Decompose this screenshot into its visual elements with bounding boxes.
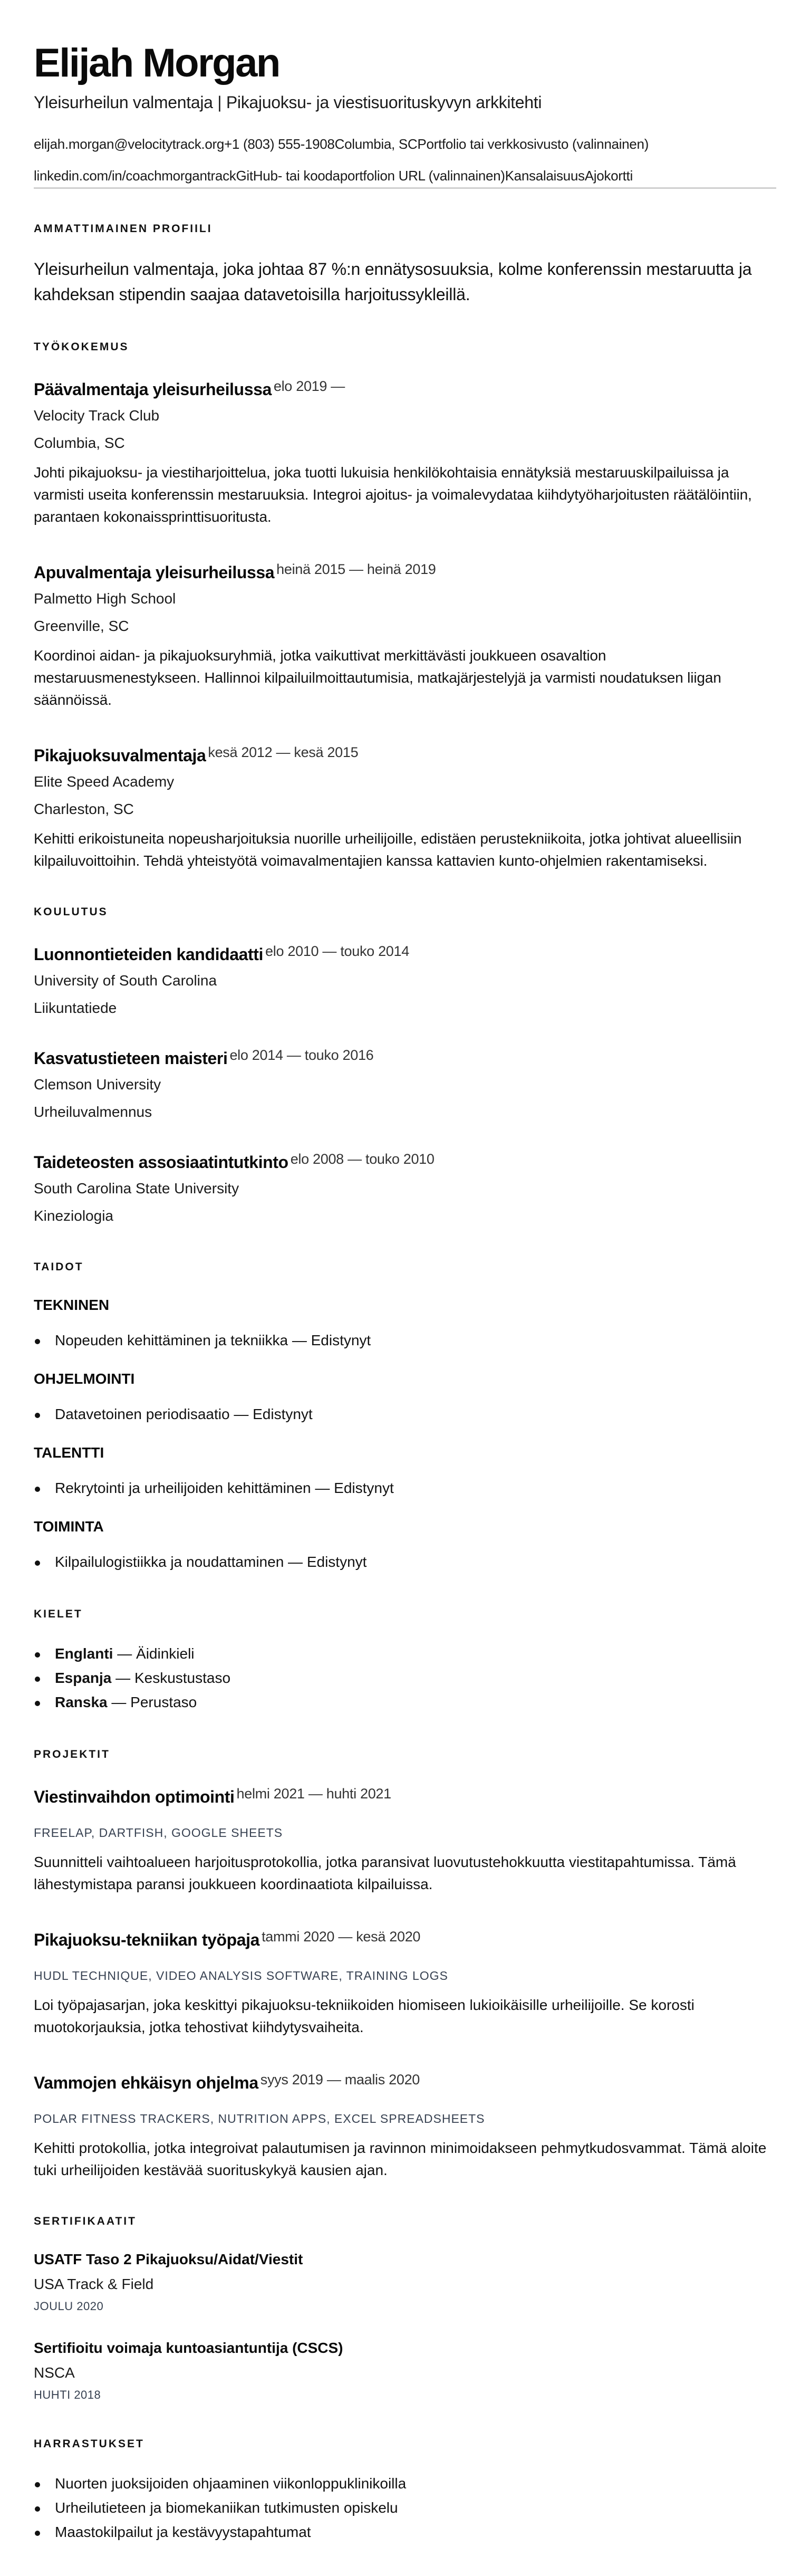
header-divider <box>34 187 776 189</box>
experience-entry-header: Apuvalmentaja yleisurheilussaheinä 2015 … <box>34 558 776 588</box>
hobby-item: Maastokilpailut ja kestävyystapahtumat <box>34 2520 776 2544</box>
certification-issuer: NSCA <box>34 2362 776 2384</box>
job-dates: kesä 2012 — kesä 2015 <box>208 744 358 760</box>
experience-entry-header: Päävalmentaja yleisurheilussaelo 2019 — <box>34 375 776 405</box>
certification-date: HUHTI 2018 <box>34 2386 776 2404</box>
project-entry-header: Vammojen ehkäisyn ohjelmasyys 2019 — maa… <box>34 2068 776 2098</box>
education-entry: Kasvatustieteen maisterielo 2014 — touko… <box>34 1043 776 1123</box>
project-description: Kehitti protokollia, jotka integroivat p… <box>34 2137 776 2181</box>
resume-page: Elijah Morgan Yleisurheilun valmentaja |… <box>0 0 810 2576</box>
skill-group: TALENTTIRekrytointi ja urheilijoiden keh… <box>34 1442 776 1500</box>
education-entry: Luonnontieteiden kandidaattielo 2010 — t… <box>34 940 776 1019</box>
skill-item: Kilpailulogistiikka ja noudattaminen — E… <box>34 1550 776 1574</box>
school-name: Clemson University <box>34 1074 776 1096</box>
language-name: Englanti <box>55 1645 113 1662</box>
skill-item: Datavetoinen periodisaatio — Edistynyt <box>34 1402 776 1426</box>
job-title: Päävalmentaja yleisurheilussa <box>34 380 272 399</box>
skill-category: TEKNINEN <box>34 1295 776 1316</box>
section-title-profile: Ammattimainen profiili <box>34 223 776 235</box>
language-name: Espanja <box>55 1670 111 1686</box>
projects-list: Viestinvaihdon optimointihelmi 2021 — hu… <box>34 1782 776 2181</box>
skill-category: TOIMINTA <box>34 1516 776 1537</box>
hobby-item: Nuorten juoksijoiden ohjaaminen viikonlo… <box>34 2472 776 2496</box>
contact-location: Columbia, SC <box>335 136 418 152</box>
section-languages: Kielet Englanti — ÄidinkieliEspanja — Ke… <box>34 1608 776 1715</box>
language-item: Espanja — Keskustustaso <box>34 1666 776 1690</box>
project-dates: syys 2019 — maalis 2020 <box>261 2072 420 2087</box>
profile-summary: Yleisurheilun valmentaja, joka johtaa 87… <box>34 256 776 307</box>
project-technologies: Polar Fitness Trackers, Nutrition Apps, … <box>34 2110 776 2128</box>
section-title-education: Koulutus <box>34 906 776 918</box>
job-location: Charleston, SC <box>34 798 776 820</box>
employer-name: Palmetto High School <box>34 588 776 610</box>
experience-entry-header: Pikajuoksuvalmentajakesä 2012 — kesä 201… <box>34 741 776 771</box>
contact-drivers-license: Ajokortti <box>585 168 633 184</box>
job-title: Apuvalmentaja yleisurheilussa <box>34 563 274 582</box>
education-dates: elo 2010 — touko 2014 <box>265 943 409 959</box>
certification-name: Sertifioitu voimaja kuntoasiantuntija (C… <box>34 2338 776 2359</box>
education-entry-header: Taideteosten assosiaatintutkintoelo 2008… <box>34 1147 776 1177</box>
certification-entry: USATF Taso 2 Pikajuoksu/Aidat/ViestitUSA… <box>34 2249 776 2315</box>
job-dates: elo 2019 — <box>274 378 345 394</box>
section-experience: Työkokemus Päävalmentaja yleisurheilussa… <box>34 341 776 872</box>
job-description: Johti pikajuoksu- ja viestiharjoittelua,… <box>34 462 776 528</box>
certifications-list: USATF Taso 2 Pikajuoksu/Aidat/ViestitUSA… <box>34 2249 776 2404</box>
section-title-experience: Työkokemus <box>34 341 776 353</box>
skill-items: Rekrytointi ja urheilijoiden kehittämine… <box>34 1476 776 1500</box>
employer-name: Elite Speed Academy <box>34 771 776 793</box>
contact-email[interactable]: elijah.morgan@velocitytrack.org <box>34 136 224 152</box>
skill-items: Nopeuden kehittäminen ja tekniikka — Edi… <box>34 1328 776 1353</box>
job-description: Kehitti erikoistuneita nopeusharjoituksi… <box>34 828 776 872</box>
section-profile: Ammattimainen profiili Yleisurheilun val… <box>34 223 776 307</box>
certification-name: USATF Taso 2 Pikajuoksu/Aidat/Viestit <box>34 2249 776 2270</box>
project-name: Vammojen ehkäisyn ohjelma <box>34 2073 258 2092</box>
project-name: Viestinvaihdon optimointi <box>34 1787 235 1806</box>
project-technologies: Hudl Technique, Video Analysis Software,… <box>34 1967 776 1985</box>
contact-phone[interactable]: +1 (803) 555-1908 <box>224 136 335 152</box>
project-name: Pikajuoksu-tekniikan työpaja <box>34 1930 259 1949</box>
project-entry: Pikajuoksu-tekniikan työpajatammi 2020 —… <box>34 1925 776 2038</box>
skill-category: TALENTTI <box>34 1442 776 1463</box>
skill-group: TOIMINTAKilpailulogistiikka ja noudattam… <box>34 1516 776 1574</box>
language-name: Ranska <box>55 1694 108 1710</box>
project-entry-header: Pikajuoksu-tekniikan työpajatammi 2020 —… <box>34 1925 776 1955</box>
job-location: Greenville, SC <box>34 615 776 637</box>
certification-issuer: USA Track & Field <box>34 2273 776 2295</box>
language-level: — Perustaso <box>108 1694 197 1710</box>
skill-category: OHJELMOINTI <box>34 1368 776 1390</box>
section-projects: Projektit Viestinvaihdon optimointihelmi… <box>34 1748 776 2181</box>
certification-entry: Sertifioitu voimaja kuntoasiantuntija (C… <box>34 2338 776 2404</box>
skill-group: OHJELMOINTIDatavetoinen periodisaatio — … <box>34 1368 776 1426</box>
project-entry: Vammojen ehkäisyn ohjelmasyys 2019 — maa… <box>34 2068 776 2181</box>
education-dates: elo 2008 — touko 2010 <box>291 1151 435 1167</box>
candidate-headline: Yleisurheilun valmentaja | Pikajuoksu- j… <box>34 92 776 114</box>
contact-citizenship: Kansalaisuus <box>505 168 585 184</box>
degree-name: Taideteosten assosiaatintutkinto <box>34 1153 288 1172</box>
project-entry-header: Viestinvaihdon optimointihelmi 2021 — hu… <box>34 1782 776 1812</box>
school-name: South Carolina State University <box>34 1177 776 1200</box>
project-entry: Viestinvaihdon optimointihelmi 2021 — hu… <box>34 1782 776 1895</box>
school-name: University of South Carolina <box>34 970 776 992</box>
field-of-study: Urheiluvalmennus <box>34 1101 776 1123</box>
certification-date: JOULU 2020 <box>34 2297 776 2315</box>
job-description: Koordinoi aidan- ja pikajuoksuryhmiä, jo… <box>34 645 776 711</box>
languages-list: Englanti — ÄidinkieliEspanja — Keskustus… <box>34 1642 776 1715</box>
language-level: — Äidinkieli <box>113 1645 194 1662</box>
degree-name: Kasvatustieteen maisteri <box>34 1049 227 1068</box>
project-description: Suunnitteli vaihtoalueen harjoitusprotok… <box>34 1851 776 1895</box>
language-item: Ranska — Perustaso <box>34 1690 776 1715</box>
education-entry: Taideteosten assosiaatintutkintoelo 2008… <box>34 1147 776 1227</box>
experience-list: Päävalmentaja yleisurheilussaelo 2019 —V… <box>34 375 776 872</box>
section-title-projects: Projektit <box>34 1748 776 1761</box>
section-title-skills: Taidot <box>34 1261 776 1273</box>
education-dates: elo 2014 — touko 2016 <box>229 1047 373 1063</box>
language-level: — Keskustustaso <box>111 1670 230 1686</box>
section-title-hobbies: Harrastukset <box>34 2438 776 2450</box>
language-item: Englanti — Äidinkieli <box>34 1642 776 1666</box>
contact-linkedin[interactable]: linkedin.com/in/coachmorgantrack <box>34 168 236 184</box>
skill-items: Kilpailulogistiikka ja noudattaminen — E… <box>34 1550 776 1574</box>
education-entry-header: Kasvatustieteen maisterielo 2014 — touko… <box>34 1043 776 1074</box>
contact-line-primary: elijah.morgan@velocitytrack.org+1 (803) … <box>34 136 776 154</box>
section-hobbies: Harrastukset Nuorten juoksijoiden ohjaam… <box>34 2438 776 2544</box>
field-of-study: Liikuntatiede <box>34 997 776 1019</box>
skill-items: Datavetoinen periodisaatio — Edistynyt <box>34 1402 776 1426</box>
contact-github[interactable]: GitHub- tai koodaportfolion URL (valinna… <box>236 168 505 184</box>
candidate-name: Elijah Morgan <box>34 41 776 85</box>
project-description: Loi työpajasarjan, joka keskittyi pikaju… <box>34 1994 776 2038</box>
skill-group: TEKNINENNopeuden kehittäminen ja tekniik… <box>34 1295 776 1353</box>
skill-item: Rekrytointi ja urheilijoiden kehittämine… <box>34 1476 776 1500</box>
hobby-item: Urheilutieteen ja biomekaniikan tutkimus… <box>34 2496 776 2520</box>
education-list: Luonnontieteiden kandidaattielo 2010 — t… <box>34 940 776 1227</box>
section-certifications: Sertifikaatit USATF Taso 2 Pikajuoksu/Ai… <box>34 2215 776 2404</box>
contact-line-secondary: linkedin.com/in/coachmorgantrackGitHub- … <box>34 167 776 185</box>
employer-name: Velocity Track Club <box>34 405 776 427</box>
section-title-languages: Kielet <box>34 1608 776 1621</box>
experience-entry: Apuvalmentaja yleisurheilussaheinä 2015 … <box>34 558 776 711</box>
project-dates: tammi 2020 — kesä 2020 <box>262 1929 420 1945</box>
resume-header: Elijah Morgan Yleisurheilun valmentaja |… <box>34 41 776 189</box>
education-entry-header: Luonnontieteiden kandidaattielo 2010 — t… <box>34 940 776 970</box>
job-dates: heinä 2015 — heinä 2019 <box>276 561 436 577</box>
project-dates: helmi 2021 — huhti 2021 <box>237 1786 391 1802</box>
section-education: Koulutus Luonnontieteiden kandidaattielo… <box>34 906 776 1227</box>
job-location: Columbia, SC <box>34 432 776 454</box>
skills-list: TEKNINENNopeuden kehittäminen ja tekniik… <box>34 1295 776 1574</box>
experience-entry: Päävalmentaja yleisurheilussaelo 2019 —V… <box>34 375 776 528</box>
experience-entry: Pikajuoksuvalmentajakesä 2012 — kesä 201… <box>34 741 776 872</box>
job-title: Pikajuoksuvalmentaja <box>34 746 206 765</box>
field-of-study: Kineziologia <box>34 1205 776 1227</box>
contact-portfolio[interactable]: Portfolio tai verkkosivusto (valinnainen… <box>417 136 649 152</box>
degree-name: Luonnontieteiden kandidaatti <box>34 945 263 964</box>
skill-item: Nopeuden kehittäminen ja tekniikka — Edi… <box>34 1328 776 1353</box>
hobbies-list: Nuorten juoksijoiden ohjaaminen viikonlo… <box>34 2472 776 2544</box>
section-title-certifications: Sertifikaatit <box>34 2215 776 2228</box>
project-technologies: Freelap, Dartfish, Google Sheets <box>34 1824 776 1842</box>
section-skills: Taidot TEKNINENNopeuden kehittäminen ja … <box>34 1261 776 1574</box>
